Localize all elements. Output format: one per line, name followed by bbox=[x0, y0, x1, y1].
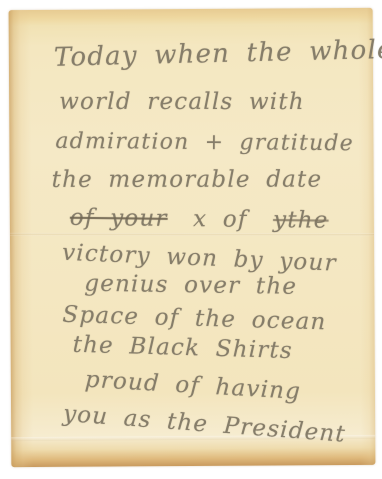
handwriting-line-8: Space of the ocean bbox=[62, 303, 327, 336]
letter-paper-sheet: Today when the whole world recalls with … bbox=[9, 8, 376, 467]
overwritten-word: ythe bbox=[273, 208, 329, 234]
handwriting-line-7: genius over the bbox=[84, 272, 297, 300]
handwriting-line-1: Today when the whole bbox=[54, 36, 382, 73]
struck-out-words: of your bbox=[70, 206, 168, 232]
scanned-letter-image: Today when the whole world recalls with … bbox=[0, 0, 382, 479]
handwriting-line-9: the Black Shirts bbox=[72, 333, 293, 365]
handwriting-line-3: admiration + gratitude bbox=[55, 130, 354, 157]
handwriting-line-4: the memorable date bbox=[52, 168, 323, 194]
handwriting-line-10: proud of having bbox=[84, 368, 302, 406]
handwriting-line-11: you as the President bbox=[62, 402, 347, 448]
handwriting-line-5: of your x of ythe bbox=[70, 206, 329, 234]
handwriting-line-2: world recalls with bbox=[59, 90, 305, 116]
correction-words: x of bbox=[193, 207, 248, 233]
